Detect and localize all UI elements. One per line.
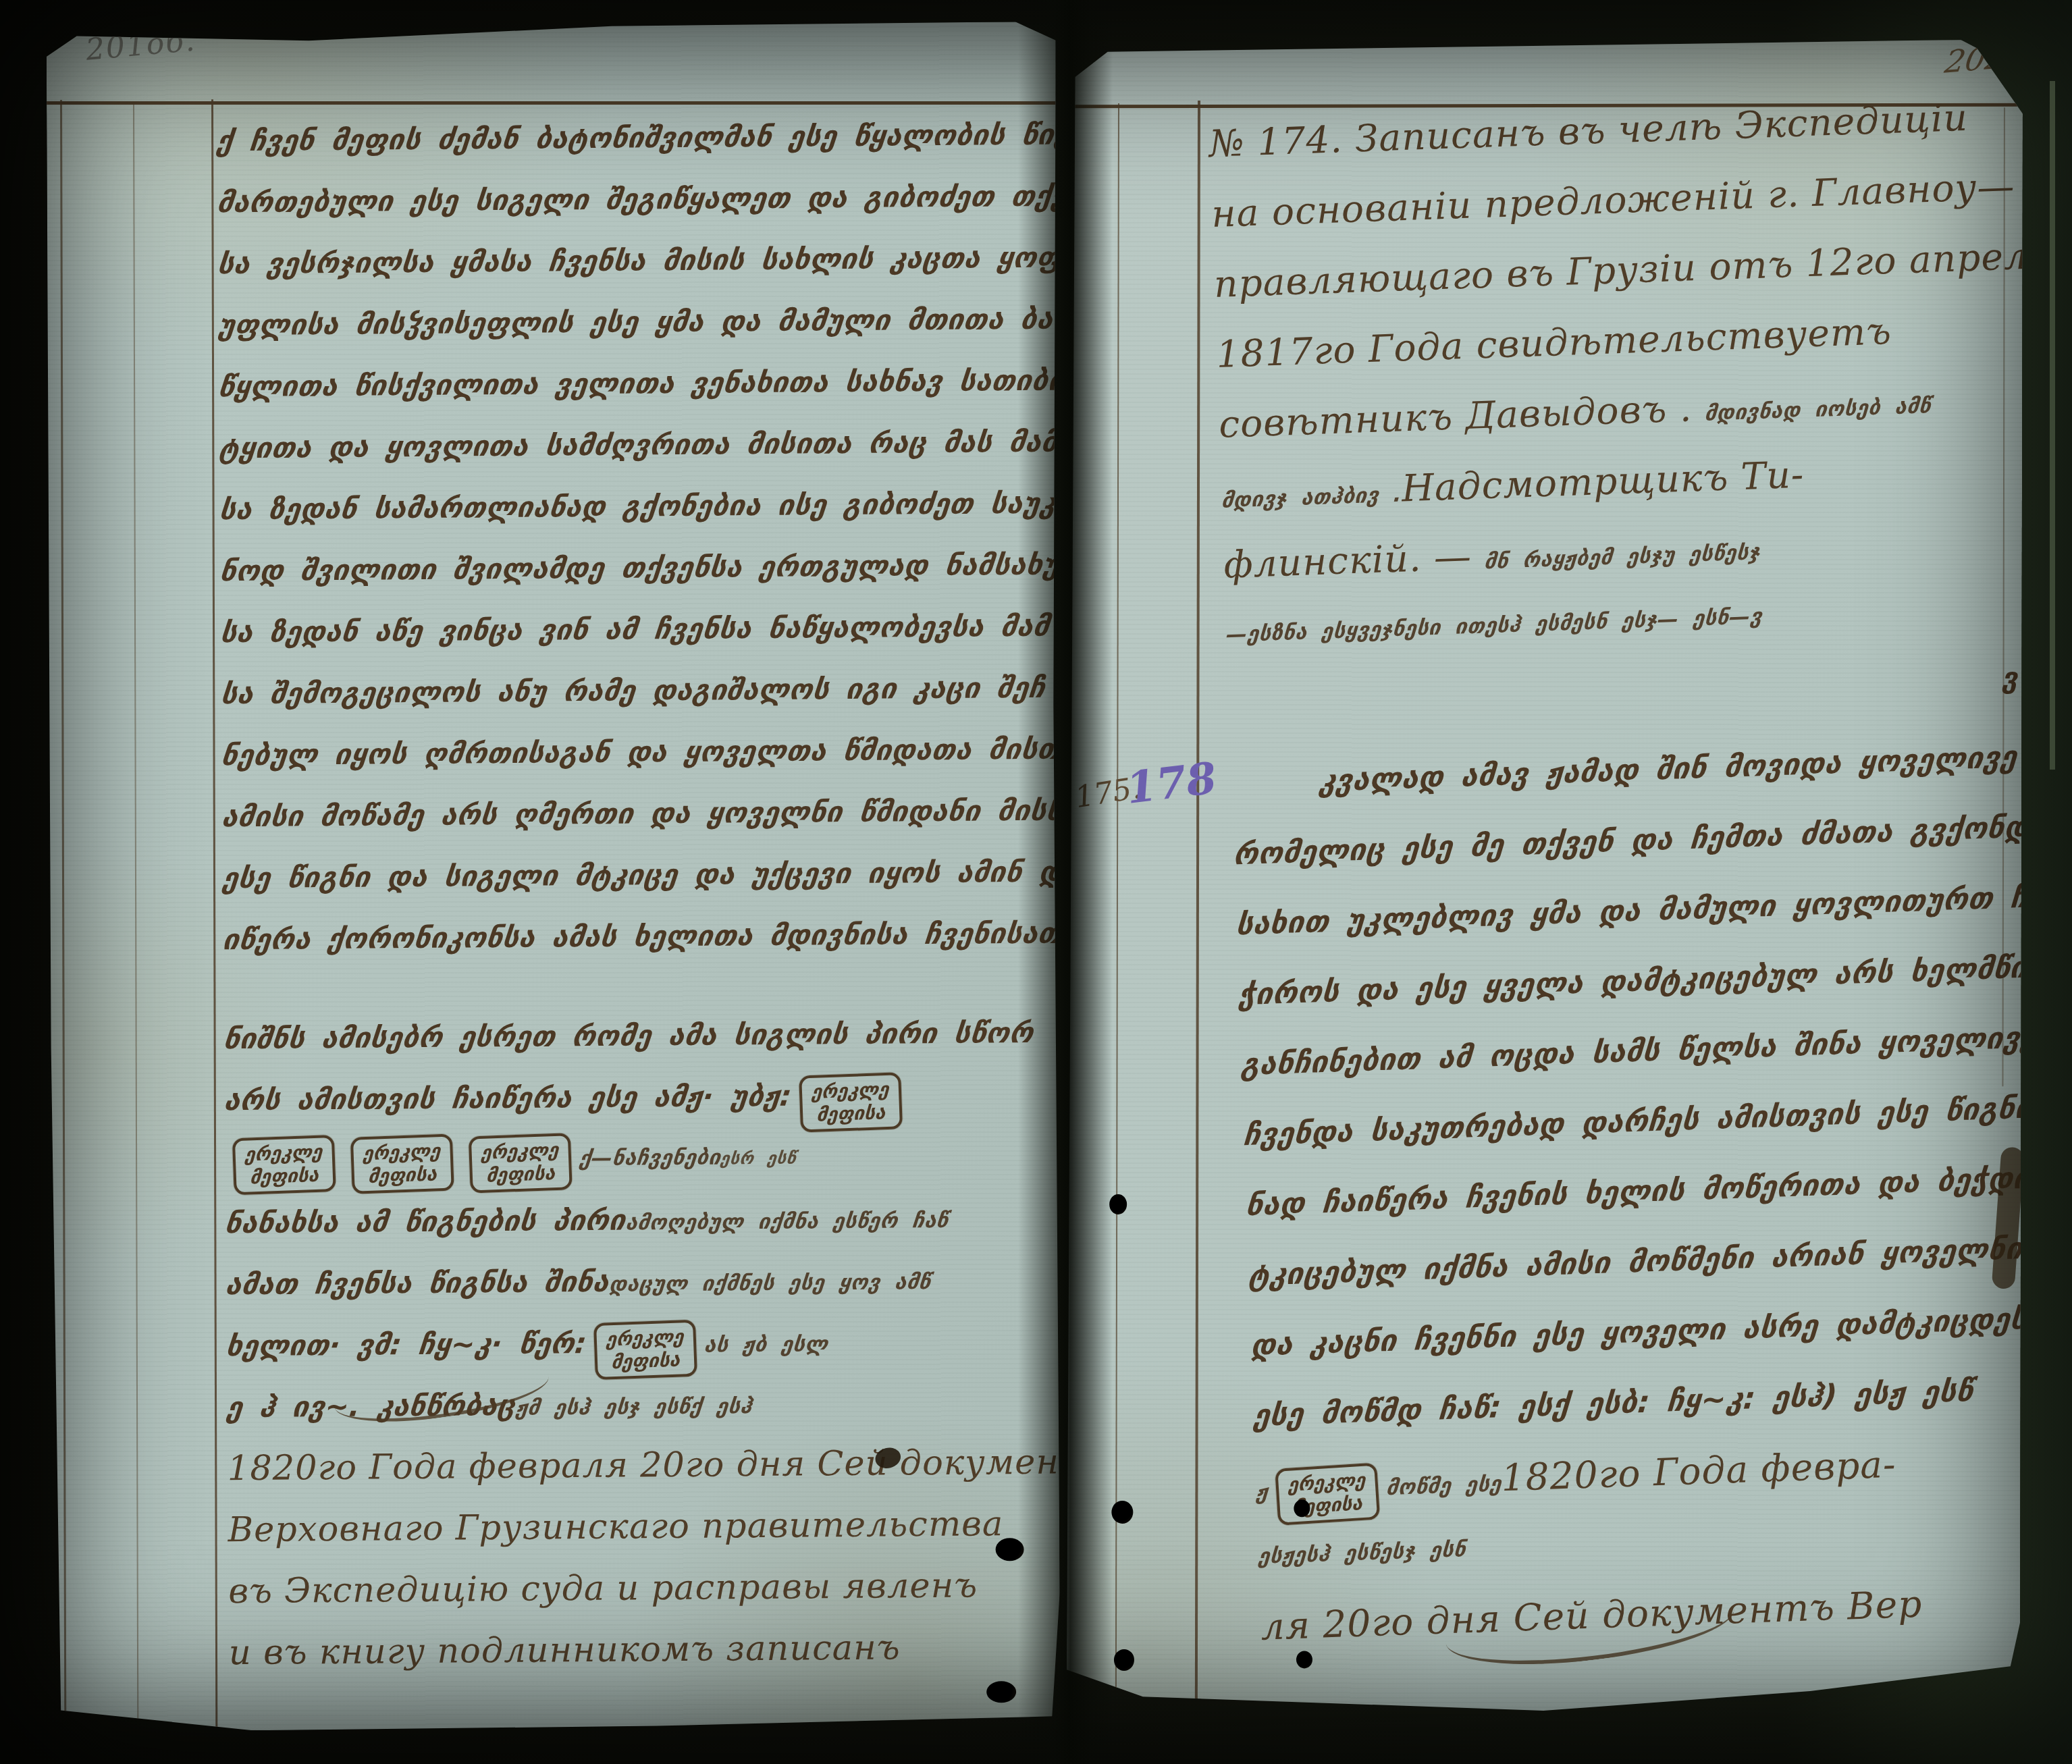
georgian-handwriting: ამათ ჩვენსა წიგნსა შინა [222,1251,612,1316]
russian-handwriting: 1820го Года февра- [1501,1443,1897,1499]
manuscript-line: ნანახსა ამ წიგნების პირი ამოღებულ იქმნა … [225,1185,1061,1254]
cartouche-text: მეფისა [481,1161,560,1187]
russian-handwriting: 1820го Года февраля 20го дня Сей докумен… [228,1442,1061,1489]
manuscript-line: სა ზედან აწე ვინცა ვინ ამ ჩვენსა ნაწყალო… [221,595,1061,663]
georgian-handwriting: იწერა ქორონიკონსა ამას ხელითა მდივნისა ჩ… [219,902,1060,970]
georgian-handwriting: ამოღებულ იქმნა ესწერ ჩაწ [622,1190,952,1254]
georgian-handwriting: ჟმ ესჰ ესჯ ესწქ ესჰ [512,1376,756,1439]
georgian-handwriting: არს ამისთვის ჩაიწერა ესე ამჟ· უბჟ: [221,1065,795,1131]
manuscript-line: წყლითა წისქვილითა ველითა ვენახითა სახნავ… [219,349,1060,417]
georgian-handwriting: სა შემოგეცილოს ანუ რამე დაგიშალოს იგი კა… [218,657,1049,725]
manuscript-line: იწერა ქორონიკონსა ამას ხელითა მდივნისა ჩ… [223,902,1060,970]
manuscript-line: ამისი მოწამე არს ღმერთი და ყოველნი წმიდა… [222,779,1060,847]
registration-cartouche: ერეკლემეფისა [799,1072,903,1132]
georgian-handwriting: დაცულ იქმნეს ესე ყოვ ამწ [606,1252,934,1316]
georgian-handwriting: ჟ [1253,1457,1271,1528]
georgian-handwriting: ამისი მოწამე არს ღმერთი და ყოველნი წმიდა… [219,779,1060,847]
georgian-handwriting: ნებულ იყოს ღმრთისაგან და ყოველთა წმიდათა… [218,718,1060,786]
gutter-rule-1 [1115,103,1119,1717]
manuscript-line: въ Экспедицію суда и расправы явленъ [228,1554,1060,1622]
registration-cartouche: ერეკლემეფისა [1275,1462,1380,1525]
manuscript-line: ქ ჩვენ მეფის ძემან ბატონიშვილმან ესე წყა… [217,103,1060,171]
georgian-handwriting: მდივნად იოსებ ამწ [1701,371,1934,449]
manuscript-line: მართებული ესე სიგელი შეგიწყალეთ და გიბოძ… [217,165,1061,233]
cartouche-text: მეფისა [363,1162,442,1188]
manuscript-line: ნოდ შვილითი შვილამდე თქვენსა ერთგულად ნა… [220,533,1060,602]
russian-handwriting: и въ книгу подлинникомъ записанъ [229,1628,901,1673]
manuscript-line: ნიშნს ამისებრ ესრეთ რომე ამა სიგლის პირი… [223,1001,1060,1069]
manuscript-line: ესე წიგნი და სიგელი მტკიცე და უქცევი იყო… [223,840,1061,909]
left-page-text: ქ ჩვენ მეფის ძემან ბატონიშვილმან ესე წყა… [217,103,1060,1684]
left-page: 201об. ქ ჩვენ მეფის ძემან ბატონიშვილმან … [47,22,1061,1731]
georgian-handwriting: წყლითა წისქვილითა ველითა ვენახითა სახნავ… [215,349,1060,417]
cartouche-text: ერეკლე [362,1140,441,1165]
registration-cartouche: ერეკლემეფისა [469,1133,573,1193]
russian-handwriting: № 174. Записанъ въ челѣ Экспедиціи [1208,96,1969,165]
top-rule-left [47,101,1056,105]
right-page: 202 175. 178 ვ № 174. Записанъ въ челѣ Э… [1067,38,2023,1718]
margin-rule-2 [133,103,138,1731]
cartouche-text: მეფისა [245,1163,324,1189]
manuscript-line: უფლისა მისჴვისეფლის ესე ყმა და მამული მთ… [218,288,1060,356]
georgian-handwriting: ესე წიგნი და სიგელი მტკიცე და უქცევი იყო… [219,840,1061,909]
binding-hole [1109,1194,1127,1214]
cartouche-text: ერეკლე [480,1138,559,1164]
ink-hole [996,1538,1024,1561]
binding-hole [1296,1651,1312,1668]
manuscript-line: Верховнаго Грузинскаго правительства [228,1493,1060,1561]
manuscript-line: ერეკლემეფისაერეკლემეფისაერეკლემეფისაქ—ნა… [225,1124,1060,1192]
georgian-handwriting: სა ზედან სამართლიანად გქონებია ისე გიბოძ… [216,473,1059,541]
georgian-handwriting: სა ზედან აწე ვინცა ვინ ამ ჩვენსა ნაწყალო… [217,595,1053,664]
right-page-text: № 174. Записанъ въ челѣ Экспедиціи на ос… [1208,80,2023,1661]
georgian-handwriting: უფლისა მისჴვისეფლის ესე ყმა და მამული მთ… [215,288,1060,356]
cartouche-text: მეფისა [606,1348,685,1374]
georgian-handwriting: ქ ჩვენ მეფის ძემან ბატონიშვილმან ესე წყა… [213,103,1060,171]
georgian-handwriting: ას ჟბ ესლ [701,1314,832,1377]
manuscript-line: სა ვესრჯილსა ყმასა ჩვენსა მისის სახლის კ… [217,226,1060,294]
folio-number-ink: 202 [1942,38,2009,80]
record-number-purple: 178 [1123,753,1219,814]
georgian-handwriting: ესრ ესწ [717,1127,800,1190]
cartouche-text: ერეკლე [244,1140,323,1166]
manuscript-line: ხელით· ვმ: ჩყ~კ· წერ: ერეკლემეფისაას ჟბ … [226,1308,1060,1377]
manuscript-line: ნებულ იყოს ღმრთისაგან და ყოველთა წმიდათა… [221,718,1060,786]
georgian-handwriting: ნანახსა ამ წიგნების პირი [222,1190,629,1254]
registration-cartouche: ერეკლემეფისა [350,1133,454,1194]
manuscript-line: ამათ ჩვენსა წიგნსა შინა დაცულ იქმნეს ესე… [225,1247,1060,1315]
manuscript-line: и въ книгу подлинникомъ записанъ [229,1615,1061,1684]
cartouche-text: ერეკლე [811,1077,890,1103]
manuscript-line: 1820го Года февраля 20го дня Сей докумен… [227,1431,1060,1499]
registration-cartouche: ერეკლემეფისა [232,1134,336,1194]
gutter-rule-2 [1195,101,1200,1717]
russian-handwriting: флинскій. — [1223,534,1485,586]
registration-cartouche: ერეკლემეფისა [593,1319,697,1379]
ink-hole [986,1681,1016,1703]
book-scan: 201об. ქ ჩვენ მეფის ძემან ბატონიშვილმან … [0,0,2072,1764]
manuscript-line: ტყითა და ყოვლითა სამძღვრითა მისითა რაც მ… [219,410,1061,479]
georgian-handwriting: მართებული ესე სიგელი შეგიწყალეთ და გიბოძ… [214,164,1060,233]
georgian-handwriting: ქ—ნაჩვენები [576,1127,724,1190]
georgian-handwriting: ესჟესჰ ესწესჯ ესნ [1255,1514,1469,1592]
manuscript-line: სა შემოგეცილოს ანუ რამე დაგიშალოს იგი კა… [221,656,1060,724]
russian-handwriting: въ Экспедицію суда и расправы явленъ [228,1566,978,1612]
margin-rule-1 [60,100,66,1731]
georgian-handwriting: ნიშნს ამისებრ ესრეთ რომე ამა სიგლის პირი… [221,1002,1038,1070]
russian-handwriting: совѣтникъ Давыдовъ . [1218,386,1705,446]
cartouche-text: მეფისა [812,1100,891,1126]
binding-hole [1111,1501,1133,1524]
georgian-handwriting: ნოდ შვილითი შვილამდე თქვენსა ერთგულად ნა… [217,533,1060,602]
georgian-handwriting: ტყითა და ყოვლითა სამძღვრითა მისითა რაც მ… [216,410,1061,479]
russian-handwriting: Верховнаго Грузинскаго правительства [228,1504,1003,1550]
manuscript-line: სა ზედან სამართლიანად გქონებია ისე გიბოძ… [219,472,1060,540]
georgian-handwriting: მოწმე ესე [1383,1449,1505,1523]
folio-number-pencil: 201об. [84,23,197,67]
russian-handwriting: Надсмотрщикъ Ти- [1401,453,1805,510]
russian-handwriting: 1817го Года свидѣтельствуетъ [1216,309,1892,376]
page-edge-sliver [2050,81,2055,770]
cartouche-text: ერეკლე [606,1325,685,1351]
georgian-handwriting: სა ვესრჯილსა ყმასა ჩვენსა მისის სახლის კ… [215,226,1061,294]
binding-hole [1294,1499,1310,1517]
binding-hole [1114,1649,1134,1671]
georgian-handwriting: მდივჯ ათჰბივ . [1219,459,1405,536]
manuscript-line: არს ამისთვის ჩაიწერა ესე ამჟ· უბჟ: ერეკლ… [224,1063,1060,1131]
